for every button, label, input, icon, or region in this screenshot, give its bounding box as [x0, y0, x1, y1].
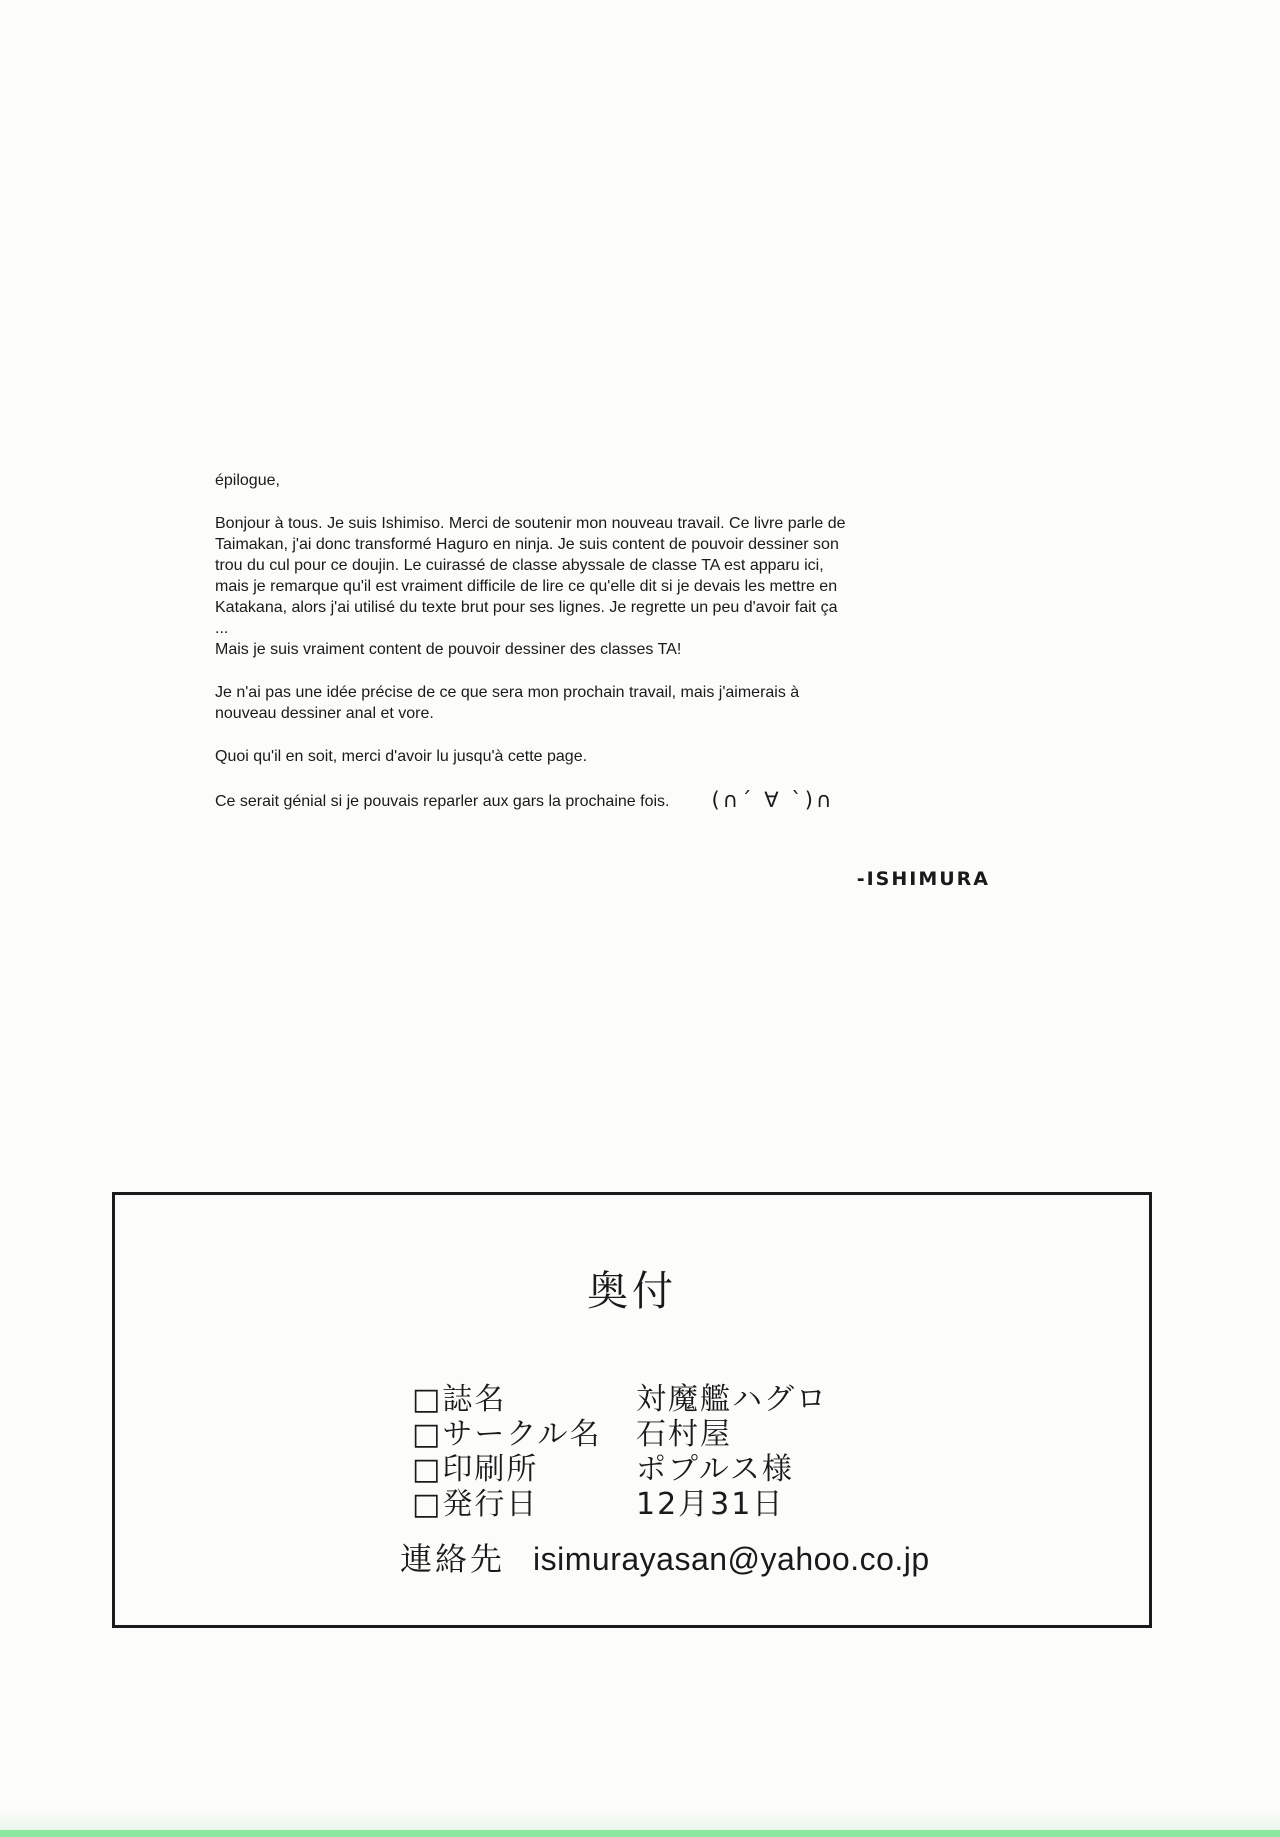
colophon-value: 石村屋	[636, 1417, 732, 1452]
colophon-contact-row: 連絡先 isimurayasan@yahoo.co.jp	[400, 1540, 1149, 1578]
colophon-rows: □誌名 対魔艦ハグロ □サークル名 石村屋 □印刷所 ポプルス様 □発行日 12…	[412, 1382, 1149, 1522]
kaomoji-emoticon: (∩´ ∀ `)∩	[711, 790, 834, 811]
afterword-paragraph-3: Quoi qu'il en soit, merci d'avoir lu jus…	[215, 746, 875, 767]
afterword-closing-line: Ce serait génial si je pouvais reparler …	[215, 791, 669, 812]
contact-email: isimurayasan@yahoo.co.jp	[533, 1540, 930, 1578]
scan-bottom-fade	[0, 1810, 1280, 1830]
colophon-label: □印刷所	[412, 1452, 636, 1487]
afterword-closing-row: Ce serait génial si je pouvais reparler …	[215, 789, 875, 812]
colophon-value: ポプルス様	[636, 1452, 794, 1487]
colophon-box: 奥付 □誌名 対魔艦ハグロ □サークル名 石村屋 □印刷所 ポプルス様 □発行日…	[112, 1192, 1152, 1628]
colophon-value: 対魔艦ハグロ	[636, 1382, 828, 1417]
afterword-heading: épilogue,	[215, 470, 875, 491]
contact-label: 連絡先	[400, 1540, 505, 1578]
scanned-doujin-afterword-page: épilogue, Bonjour à tous. Je suis Ishimi…	[0, 0, 1280, 1837]
colophon-label: □発行日	[412, 1487, 636, 1522]
author-signature: -ISHIMURA	[650, 868, 990, 890]
colophon-row-book-title: □誌名 対魔艦ハグロ	[412, 1382, 1149, 1417]
colophon-title: 奥付	[115, 1267, 1149, 1315]
colophon-row-printer: □印刷所 ポプルス様	[412, 1452, 1149, 1487]
colophon-row-publish-date: □発行日 12月31日	[412, 1487, 1149, 1522]
colophon-value: 12月31日	[636, 1487, 784, 1522]
colophon-row-circle-name: □サークル名 石村屋	[412, 1417, 1149, 1452]
afterword-paragraph-2: Je n'ai pas une idée précise de ce que s…	[215, 682, 875, 724]
scan-bottom-edge-strip	[0, 1830, 1280, 1837]
afterword-paragraph-1: Bonjour à tous. Je suis Ishimiso. Merci …	[215, 513, 875, 660]
colophon-label: □誌名	[412, 1382, 636, 1417]
colophon-label: □サークル名	[412, 1417, 636, 1452]
afterword-section: épilogue, Bonjour à tous. Je suis Ishimi…	[215, 470, 875, 834]
